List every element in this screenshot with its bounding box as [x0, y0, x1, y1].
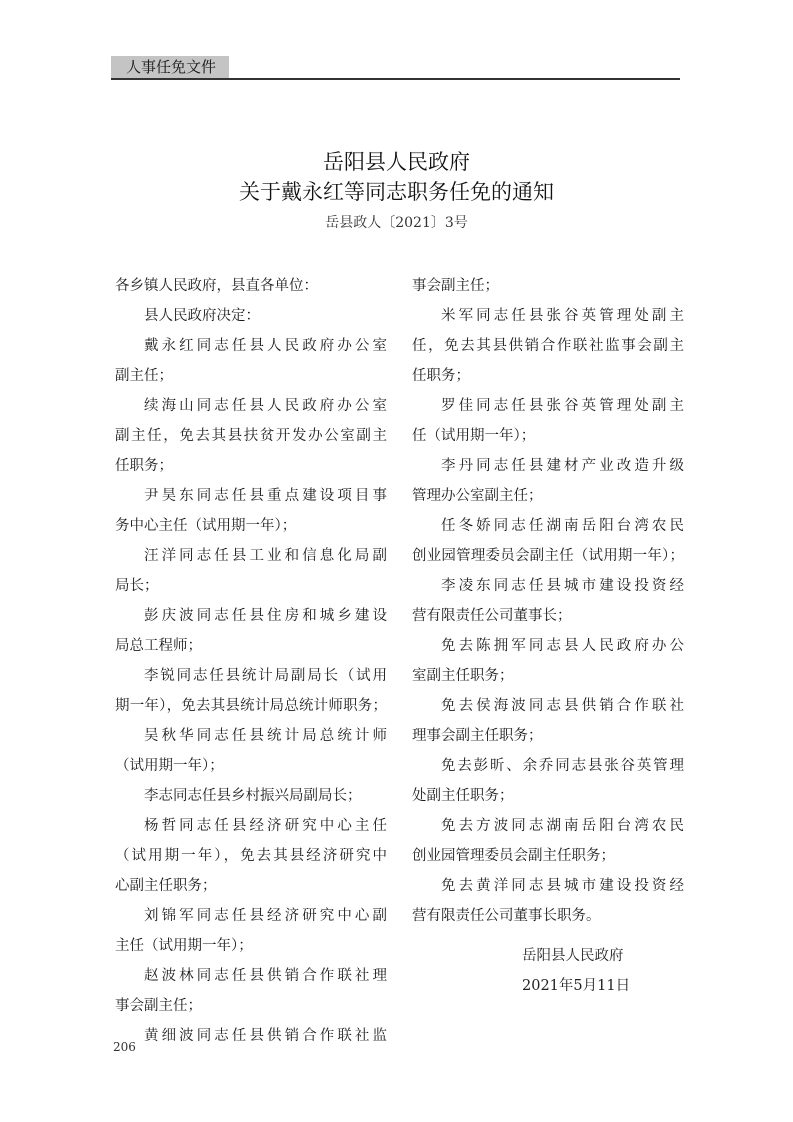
body-text-line: 李志同志任县乡村振兴局副局长；: [115, 781, 387, 811]
page-number: 206: [113, 1040, 136, 1054]
body-text-line: 尹昊东同志任县重点建设项目事: [115, 481, 387, 511]
body-text-line: 任职务；: [115, 451, 387, 481]
body-text-line: 免去彭昕、余乔同志县张谷英管理: [412, 751, 684, 781]
body-text-line: 事会副主任；: [115, 991, 387, 1021]
body-text-line: 吴秋华同志任县统计局总统计师: [115, 721, 387, 751]
signature-date: 2021年5月11日: [522, 974, 630, 995]
body-text-line: 局长；: [115, 571, 387, 601]
body-text-line: 营有限责任公司董事长；: [412, 601, 684, 631]
body-text-line: （试用期一年），免去其县经济研究中: [115, 841, 387, 871]
header-divider: [111, 78, 680, 80]
body-text-line: （试用期一年）；: [115, 751, 387, 781]
body-text-line: 免去方波同志湖南岳阳台湾农民: [412, 811, 684, 841]
body-text-line: 营有限责任公司董事长职务。: [412, 901, 684, 931]
body-text-line: 任冬娇同志任湖南岳阳台湾农民: [412, 511, 684, 541]
body-text-line: 处副主任职务；: [412, 781, 684, 811]
body-text-line: 杨哲同志任县经济研究中心主任: [115, 811, 387, 841]
body-text-line: 各乡镇人民政府，县直各单位：: [115, 271, 387, 301]
body-text-line: 李锐同志任县统计局副局长（试用: [115, 661, 387, 691]
body-text-line: 县人民政府决定：: [115, 301, 387, 331]
body-text-line: 续海山同志任县人民政府办公室: [115, 391, 387, 421]
body-text-line: 局总工程师；: [115, 631, 387, 661]
body-text-line: 务中心主任（试用期一年）；: [115, 511, 387, 541]
body-text-line: 米军同志任县张谷英管理处副主: [412, 301, 684, 331]
body-text-line: 心副主任职务；: [115, 871, 387, 901]
body-text-line: 黄细波同志任县供销合作联社监: [115, 1021, 387, 1051]
body-text-line: 赵波林同志任县供销合作联社理: [115, 961, 387, 991]
body-text-line: 戴永红同志任县人民政府办公室: [115, 331, 387, 361]
body-left-column: 各乡镇人民政府，县直各单位：县人民政府决定：戴永红同志任县人民政府办公室副主任；…: [115, 271, 387, 1051]
body-text-line: 副主任；: [115, 361, 387, 391]
section-header-tab: 人事任免文件: [111, 56, 229, 78]
body-text-line: 副主任，免去其县扶贫开发办公室副主: [115, 421, 387, 451]
body-text-line: 李丹同志任县建材产业改造升级: [412, 451, 684, 481]
body-text-line: 彭庆波同志任县住房和城乡建设: [115, 601, 387, 631]
body-text-line: 任（试用期一年）；: [412, 421, 684, 451]
body-text-line: 室副主任职务；: [412, 661, 684, 691]
body-text-line: 任职务；: [412, 361, 684, 391]
body-text-line: 免去黄洋同志县城市建设投资经: [412, 871, 684, 901]
body-text-line: 创业园管理委员会副主任职务；: [412, 841, 684, 871]
body-text-line: 汪洋同志任县工业和信息化局副: [115, 541, 387, 571]
document-number: 岳县政人〔2021〕3号: [0, 212, 793, 232]
body-text-line: 罗佳同志任县张谷英管理处副主: [412, 391, 684, 421]
signature-issuer: 岳阳县人民政府: [522, 944, 624, 965]
body-text-line: 期一年），免去其县统计局总统计师职务；: [115, 691, 387, 721]
body-text-line: 李凌东同志任县城市建设投资经: [412, 571, 684, 601]
body-text-line: 刘锦军同志任县经济研究中心副: [115, 901, 387, 931]
body-text-line: 主任（试用期一年）；: [115, 931, 387, 961]
body-text-line: 免去陈拥军同志县人民政府办公: [412, 631, 684, 661]
document-title-line1: 岳阳县人民政府: [0, 146, 793, 176]
body-text-line: 创业园管理委员会副主任（试用期一年）；: [412, 541, 684, 571]
body-text-line: 事会副主任；: [412, 271, 684, 301]
body-text-line: 任，免去其县供销合作联社监事会副主: [412, 331, 684, 361]
body-text-line: 免去侯海波同志县供销合作联社: [412, 691, 684, 721]
body-right-column: 事会副主任；米军同志任县张谷英管理处副主任，免去其县供销合作联社监事会副主任职务…: [412, 271, 684, 931]
body-text-line: 管理办公室副主任；: [412, 481, 684, 511]
body-text-line: 理事会副主任职务；: [412, 721, 684, 751]
document-title-line2: 关于戴永红等同志职务任免的通知: [0, 176, 793, 206]
section-label: 人事任免文件: [126, 58, 216, 76]
